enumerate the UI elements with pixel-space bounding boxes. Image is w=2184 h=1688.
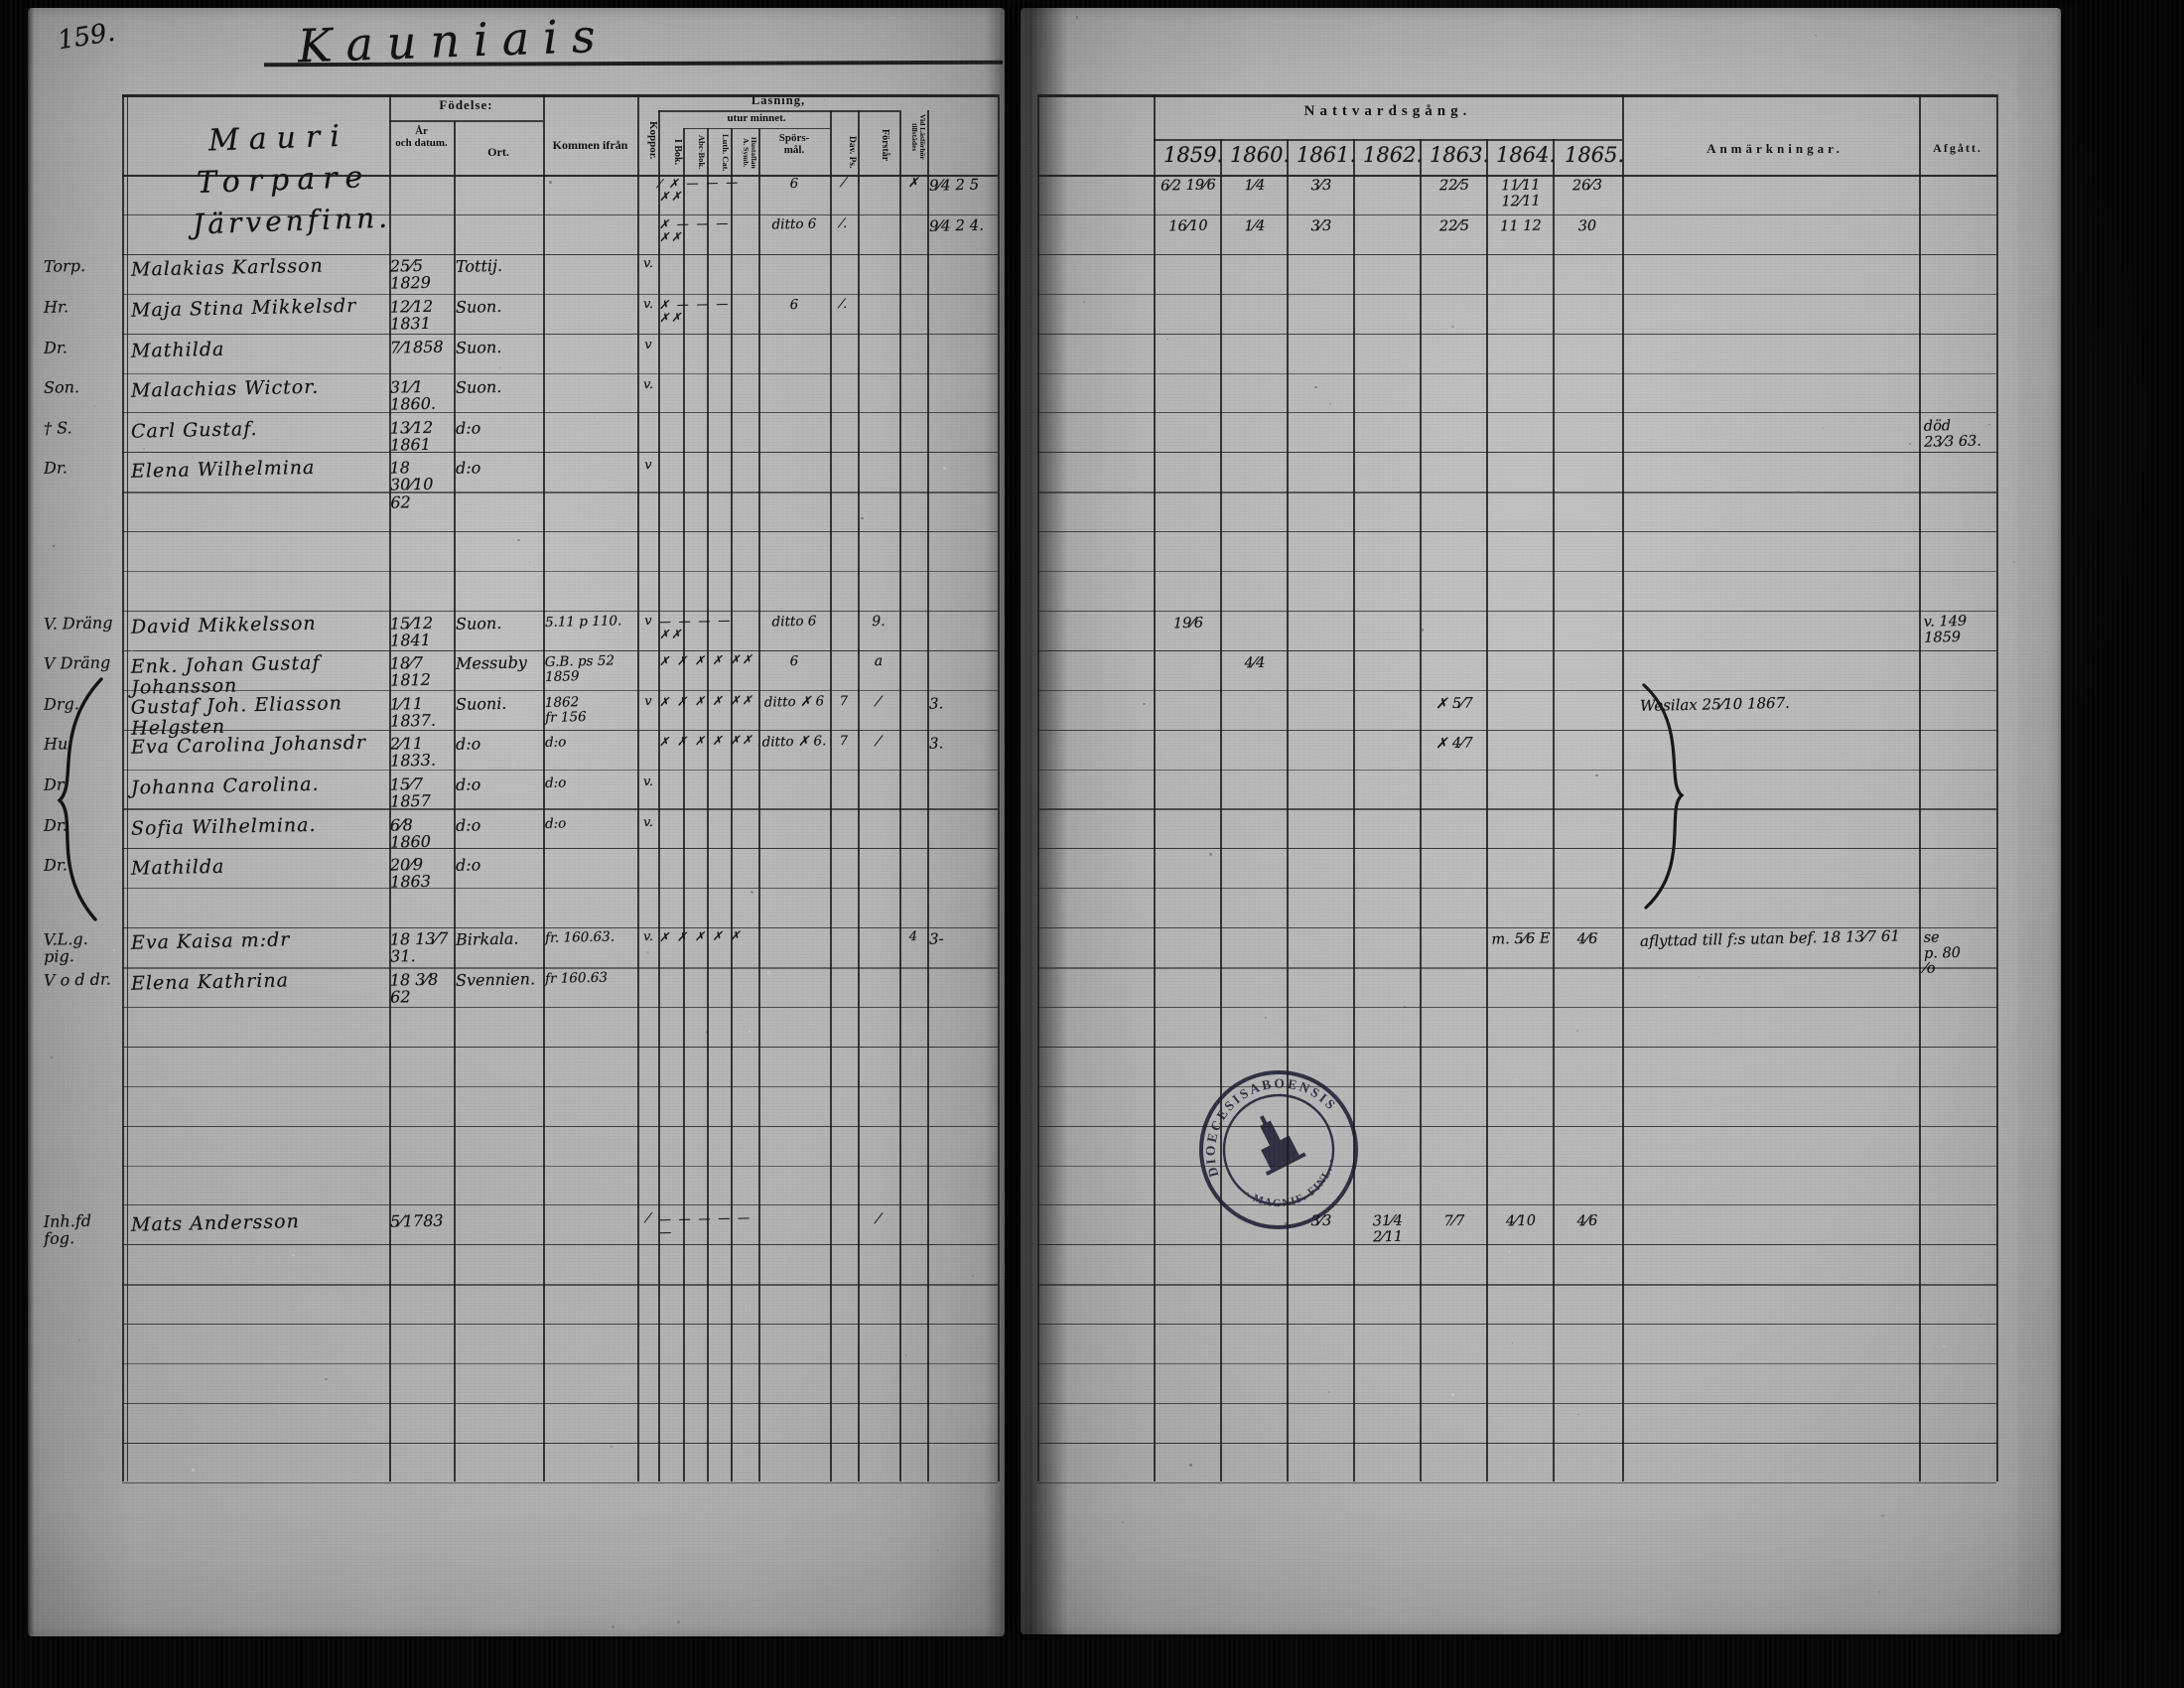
speck	[1236, 213, 1237, 214]
rule-line	[1037, 690, 1996, 691]
rule-line	[1037, 1126, 1996, 1128]
cell-koppor: v.	[639, 298, 657, 312]
rule-line	[1037, 770, 1996, 771]
cell-extra: 3.	[929, 735, 995, 753]
cell-dav: ⁄.	[832, 298, 856, 313]
cell-margin: Dr.	[44, 774, 123, 793]
cell-date: 5⁄1783	[390, 1212, 452, 1231]
speck	[53, 545, 55, 547]
cell-reading: — — — — — —	[659, 1211, 759, 1239]
cell-reading: ✗ ✗ ✗ ✗ ✗✗	[659, 694, 758, 709]
rule-line	[1037, 373, 1996, 374]
year-1863: 1863.	[1430, 143, 1489, 167]
rule-line	[1154, 139, 1622, 141]
rule-line	[1037, 611, 1996, 612]
rule-line	[1037, 1047, 1996, 1048]
cell-communion-1863: ✗ 5⁄7	[1424, 696, 1485, 713]
speck	[292, 1254, 294, 1256]
scan-edge-left	[0, 0, 34, 1688]
cell-margin: Inh.fd fog.	[44, 1211, 124, 1247]
speck	[1798, 491, 1799, 492]
header-luth-cat: Luth. Cat.	[708, 130, 730, 175]
rule-line	[1037, 1443, 1996, 1445]
cell-reading: — — — — ✗✗	[659, 613, 759, 640]
cell-margin: V Dräng	[44, 653, 123, 672]
speck	[869, 511, 870, 512]
header-forstar: Förstår	[866, 115, 889, 175]
cell-afgatt: v. 149 1859	[1924, 614, 1994, 646]
cell-reading: ✗ — — — ✗✗	[659, 297, 759, 325]
cell-ort: Suoni.	[456, 694, 541, 713]
cell-reading: ✗ ✗ ✗ ✗ ✗	[659, 929, 758, 944]
scanned-church-record: 159. Kauniais Mauri Torpare Järvenfinn. …	[0, 0, 2184, 1688]
cell-margin: Hr.	[44, 297, 123, 316]
cell-forstar: ⁄	[860, 1212, 897, 1228]
cell-ort: d:o	[456, 418, 541, 437]
cell-communion-1865: 30	[1557, 218, 1618, 235]
cell-ort: d:o	[456, 734, 541, 753]
speck	[611, 1446, 613, 1448]
speck	[1422, 629, 1424, 631]
cell-communion-1860: 1⁄4	[1224, 218, 1286, 235]
rule-line	[122, 1166, 998, 1167]
rule-line	[1154, 94, 1156, 1481]
rule-line	[1353, 139, 1355, 1481]
rule-line	[122, 412, 998, 413]
cell-communion-1864: 11⁄11 12⁄11	[1490, 179, 1553, 211]
cell-ort: Tottij.	[456, 256, 541, 275]
rule-line	[658, 110, 899, 112]
cell-koppor: v.	[639, 775, 657, 789]
speck	[612, 1625, 614, 1628]
cell-vid: ✗	[901, 177, 925, 192]
rule-line	[927, 110, 929, 1481]
cell-date: 7⁄1858	[390, 338, 452, 356]
speck	[1451, 326, 1454, 329]
rule-line	[1996, 94, 1998, 1481]
rule-line	[899, 110, 901, 1481]
scan-edge-bottom	[0, 1640, 2184, 1688]
rule-line	[122, 770, 998, 771]
year-1860: 1860.	[1230, 143, 1290, 167]
cell-spors: 6	[760, 297, 828, 313]
rule-line	[122, 1324, 998, 1325]
rule-line	[122, 1284, 998, 1286]
cell-ort: d:o	[456, 774, 541, 793]
cell-margin: V o d dr.	[44, 970, 123, 989]
cell-from: d:o	[545, 774, 634, 790]
cell-communion-1861: 3⁄3	[1291, 218, 1352, 235]
cell-ort: Suon.	[456, 377, 541, 396]
cell-spors: 6	[760, 653, 828, 669]
header-dav-ps: Dav. Ps.	[832, 129, 856, 175]
speck	[1296, 1590, 1297, 1591]
rule-line	[1037, 1204, 1996, 1205]
cell-ort: Svennien.	[456, 970, 541, 989]
cell-extra: 3-	[929, 929, 995, 947]
rule-line	[122, 1482, 998, 1483]
cell-communion-1863: 22⁄5	[1424, 218, 1485, 235]
cell-date: 13⁄12 1861	[390, 418, 453, 454]
cell-margin: Dr.	[44, 459, 123, 478]
header-koppor: Koppor.	[638, 106, 658, 174]
cell-koppor: v	[639, 695, 657, 709]
rule-line	[1037, 650, 1996, 652]
rule-line	[1037, 730, 1996, 731]
farm-line-3: Järvenfinn.	[192, 202, 391, 241]
cell-margin: V. Dräng	[44, 614, 123, 633]
header-nattvardsgang: Nattvardsgång.	[1154, 103, 1622, 120]
rule-line	[122, 214, 998, 215]
header-afgatt: Afgått.	[1919, 142, 1996, 155]
cell-from: fr. 160.63.	[545, 929, 634, 945]
rule-line	[122, 373, 998, 374]
cell-margin: † S.	[44, 418, 123, 437]
speck	[1076, 16, 1078, 18]
cell-ort: d:o	[456, 855, 541, 874]
cell-margin: Hu.	[44, 734, 123, 753]
rule-line	[758, 128, 760, 1481]
rule-line	[731, 128, 733, 1481]
header-anmarkningar: Anmärkningar.	[1631, 142, 1919, 156]
cell-margin: Dr.	[44, 855, 123, 874]
cell-communion-1864: 11 12	[1490, 218, 1552, 235]
header-sporsmal: Spörs- mål.	[760, 132, 828, 156]
cell-from: G.B. ps 52 1859	[545, 653, 635, 684]
cell-communion-1860: 4⁄4	[1224, 655, 1286, 672]
cell-forstar: a	[860, 654, 897, 670]
cell-dav: ⁄	[832, 177, 856, 192]
rule-line	[122, 1244, 998, 1245]
rule-line	[1037, 848, 1996, 849]
rule-line	[1037, 1007, 1996, 1008]
speck	[499, 367, 500, 368]
cell-communion-1864: m. 5⁄6 E	[1490, 931, 1552, 948]
speck	[905, 1354, 906, 1355]
rule-line	[1037, 888, 1996, 889]
cell-margin: Son.	[44, 377, 123, 396]
cell-from: 1862 fr 156	[545, 694, 635, 725]
speck	[529, 562, 530, 563]
rule-line	[122, 1126, 998, 1128]
header-vid-lasforhor: Vid Läsförhör tillstädes	[900, 99, 926, 175]
cell-koppor: v.	[639, 930, 657, 944]
speck	[1143, 703, 1145, 705]
rule-line	[1037, 1482, 1996, 1483]
rule-line	[707, 128, 709, 1481]
cell-forstar: ⁄	[860, 694, 897, 710]
cell-koppor: v.	[639, 257, 657, 271]
rule-line	[122, 1363, 998, 1364]
header-kommen-ifran: Kommen ifrån	[544, 139, 636, 152]
cell-date: 6⁄8 1860	[390, 815, 453, 851]
cell-margin: V.L.g. pig.	[44, 929, 124, 965]
speck	[1166, 339, 1167, 340]
year-1865: 1865.	[1565, 143, 1624, 167]
cell-ort: Messuby	[456, 653, 541, 672]
family-brace-right	[1636, 683, 1696, 910]
cell-koppor: v.	[639, 815, 657, 829]
speck	[131, 649, 133, 651]
cell-communion-1865: 4⁄6	[1557, 1214, 1618, 1231]
cell-extra: 3.	[929, 694, 995, 712]
header-hustaflan: Hustaflan A. Symb.	[732, 130, 757, 175]
right-page	[1021, 8, 2061, 1634]
rule-line	[1037, 1363, 1996, 1364]
cell-date: 25⁄5 1829	[390, 257, 453, 293]
rule-line	[1486, 139, 1488, 1481]
cell-date: 2⁄11 1833.	[390, 735, 453, 771]
rule-line	[122, 1047, 998, 1048]
cell-name: Enk. Johan Gustaf Johansson	[131, 651, 388, 697]
rule-line	[1622, 94, 1624, 1481]
cell-communion-1863: 22⁄5	[1424, 179, 1485, 196]
cell-reading: ✗ ✗ ✗ ✗ ✗✗	[659, 734, 758, 749]
cell-date: 1⁄11 1837.	[390, 694, 453, 730]
cell-spors: ditto ✗ 6	[760, 694, 828, 710]
speck	[861, 517, 863, 519]
rule-line	[1037, 1284, 1996, 1286]
cell-dav: ⁄.	[832, 217, 856, 232]
cell-communion-1859: 6⁄2 19⁄6	[1158, 179, 1219, 196]
rule-line	[122, 94, 998, 97]
rule-line	[122, 808, 998, 810]
cell-date: 18⁄7 1812	[390, 653, 453, 689]
cell-date: 15⁄12 1841	[390, 614, 453, 649]
cell-from: d:o	[545, 815, 634, 831]
rule-line	[122, 334, 998, 336]
rule-line	[122, 1007, 998, 1008]
rule-line	[1037, 294, 1996, 295]
farm-line-2: Torpare	[196, 160, 370, 201]
scan-edge-right	[2057, 0, 2184, 1688]
rule-line	[1037, 175, 1996, 177]
speck	[1588, 436, 1589, 437]
cell-date: 31⁄1 1860.	[390, 378, 453, 414]
rule-line	[1037, 94, 1039, 1481]
speck	[143, 448, 145, 450]
rule-line	[683, 128, 685, 1481]
rule-line	[1919, 94, 1921, 1481]
speck	[646, 951, 648, 953]
cell-ort: Suon.	[456, 614, 541, 633]
cell-forstar: 9.	[860, 614, 897, 630]
rule-line	[122, 175, 998, 177]
cell-afgatt: död 23⁄3 63.	[1924, 418, 1994, 451]
speck	[597, 416, 600, 419]
rule-line	[1037, 412, 1996, 413]
rule-line	[122, 888, 998, 889]
cell-ort: Suon.	[456, 297, 541, 316]
rule-line	[1037, 214, 1996, 215]
cell-from: 5.11 p 110.	[545, 614, 634, 630]
year-1862: 1862.	[1363, 143, 1423, 167]
cell-from: fr 160.63	[545, 970, 634, 986]
header-fodelse: Födelse:	[390, 98, 542, 112]
cell-reading: ✗ ✗ ✗ ✗ ✗✗	[659, 653, 758, 668]
cell-margin: Torp.	[44, 257, 123, 276]
speck	[751, 891, 753, 894]
cell-ort: d:o	[456, 458, 541, 477]
rule-line	[122, 927, 998, 928]
header-abc-bok: Abc-Bok.	[684, 130, 706, 175]
cell-spors: ditto 6	[760, 614, 828, 630]
cell-date: 12⁄12 1831	[390, 297, 453, 333]
rule-line	[1037, 492, 1996, 493]
rule-line	[1037, 571, 1996, 572]
rule-line	[1420, 139, 1422, 1481]
year-1864: 1864.	[1496, 143, 1556, 167]
rule-line	[1037, 808, 1996, 810]
cell-reading: ✗ — — — ✗✗	[659, 216, 759, 244]
cell-communion-1861: 3⁄3	[1291, 179, 1352, 196]
speck	[1909, 443, 1911, 445]
rule-line	[998, 94, 1000, 1481]
speck	[369, 42, 370, 43]
speck	[66, 803, 67, 804]
cell-extra: 9⁄4 2 5	[929, 176, 995, 194]
cell-communion-1862: 31⁄4 2⁄11	[1357, 1214, 1420, 1247]
rule-line	[122, 294, 998, 295]
cell-dav: 7	[832, 694, 856, 709]
cell-afgatt: se p. 80 ⁄o	[1924, 929, 1994, 977]
rule-line	[1037, 1086, 1996, 1087]
farm-line-1: Mauri	[207, 119, 349, 159]
rule-line	[1037, 1244, 1996, 1245]
rule-line	[122, 1086, 998, 1087]
speck	[478, 695, 479, 696]
rule-line	[122, 1403, 998, 1404]
cell-koppor: ⁄	[639, 1212, 657, 1226]
cell-from: d:o	[545, 734, 634, 750]
rule-line	[122, 1204, 998, 1205]
rule-line	[1037, 334, 1996, 336]
rule-line	[1037, 254, 1996, 255]
rule-line	[1553, 139, 1555, 1481]
cell-extra: 9⁄4 2 4.	[929, 216, 995, 234]
rule-line	[122, 531, 998, 532]
rule-line	[1037, 531, 1996, 532]
rule-line	[683, 128, 830, 129]
rule-line	[122, 1443, 998, 1445]
cell-dav: 7	[832, 735, 856, 750]
cell-margin: Drg.	[44, 694, 123, 713]
rule-line	[122, 611, 998, 612]
speck	[1122, 1521, 1124, 1523]
cell-spors: ditto 6	[760, 216, 828, 232]
cell-communion-1864: 4⁄10	[1490, 1214, 1552, 1231]
speck	[513, 763, 515, 765]
rule-line	[1037, 1403, 1996, 1404]
rule-line	[122, 452, 998, 453]
speck	[517, 539, 519, 541]
cell-communion-1859: 16⁄10	[1158, 218, 1219, 235]
speck	[677, 1620, 680, 1623]
rule-line	[127, 94, 129, 1481]
cell-spors: ditto ✗ 6.	[760, 735, 828, 751]
cell-communion-1863: ✗ 4⁄7	[1424, 737, 1485, 754]
speck	[1285, 1222, 1288, 1225]
cell-date: 20⁄9 1863	[390, 855, 453, 891]
cell-margin: Dr.	[44, 815, 123, 834]
cell-koppor: v	[639, 614, 657, 628]
cell-spors: 6	[760, 176, 828, 192]
speck	[1451, 1393, 1454, 1396]
rule-line	[454, 121, 456, 1481]
cell-vid: 4	[901, 930, 925, 945]
rule-line	[122, 492, 998, 493]
cell-koppor: v	[639, 338, 657, 352]
rule-line	[1037, 1166, 1996, 1167]
speck	[859, 20, 860, 21]
rule-line	[830, 110, 832, 1481]
rule-line	[1287, 139, 1289, 1481]
header-i-bok: I Bok.	[659, 129, 682, 175]
cell-communion-1861: 3⁄3	[1291, 1214, 1352, 1231]
rule-line	[122, 848, 998, 849]
speck	[94, 405, 95, 406]
cell-ort: Birkala.	[456, 929, 541, 948]
rule-line	[1220, 139, 1222, 1481]
rule-line	[1037, 967, 1996, 969]
year-1861: 1861.	[1297, 143, 1356, 167]
speck	[1991, 75, 1992, 76]
cell-date: 18 3⁄8 62	[390, 970, 453, 1006]
rule-line	[122, 571, 998, 572]
year-1859: 1859.	[1163, 143, 1223, 167]
speck	[1426, 855, 1427, 856]
cell-communion-1859: 19⁄6	[1158, 616, 1219, 633]
speck	[113, 949, 115, 951]
rule-line	[1037, 94, 1996, 97]
rule-line	[122, 650, 998, 652]
speck	[706, 1031, 709, 1034]
cell-communion-1865: 4⁄6	[1557, 931, 1618, 948]
header-ar-datum: År och datum.	[390, 125, 453, 149]
speck	[325, 1378, 328, 1381]
cell-koppor: v	[639, 459, 657, 473]
speck	[1577, 1414, 1578, 1415]
rule-line	[1037, 1324, 1996, 1325]
cell-date: 15⁄7 1857	[390, 774, 453, 810]
header-utur-minnet: utur minnet.	[684, 112, 829, 124]
header-ort: Ort.	[455, 146, 542, 159]
cell-communion-1865: 26⁄3	[1557, 179, 1618, 196]
rule-line	[389, 120, 543, 122]
rule-line	[1037, 452, 1996, 453]
cell-ort: d:o	[456, 815, 541, 834]
cell-koppor: v.	[639, 378, 657, 392]
cell-communion-1863: 7⁄7	[1424, 1214, 1485, 1231]
scan-edge-top	[0, 0, 2184, 7]
cell-margin: Dr.	[44, 338, 123, 356]
cell-forstar: ⁄	[860, 735, 897, 751]
rule-line	[122, 967, 998, 969]
cell-communion-1860: 1⁄4	[1224, 179, 1286, 196]
cell-ort: Suon.	[456, 338, 541, 356]
rule-line	[122, 254, 998, 255]
cell-date: 18 30⁄10 62	[389, 459, 452, 511]
cell-date: 18 13⁄7 31.	[390, 929, 453, 965]
cell-reading: ⁄ ✗ — — — ✗✗	[659, 176, 759, 204]
rule-line	[858, 110, 860, 1481]
